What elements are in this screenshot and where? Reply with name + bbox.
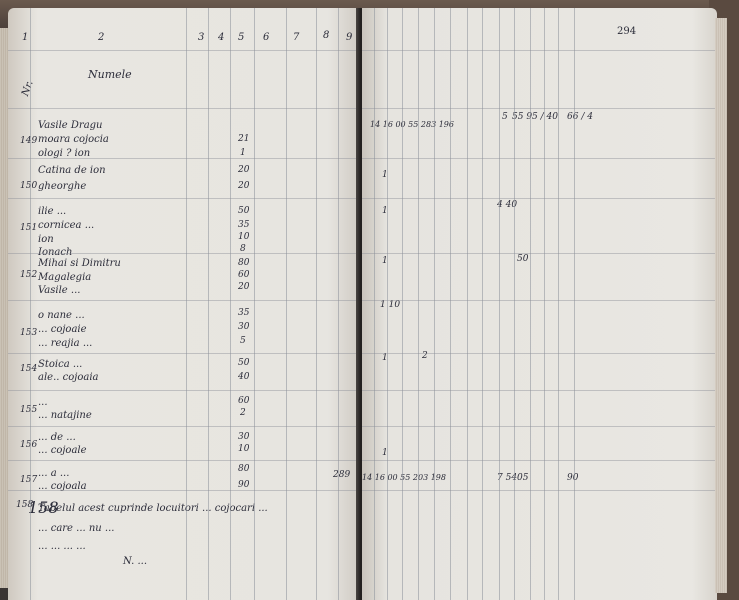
entry-line: ale.. cojoaia [38,372,98,383]
ruling-vertical [186,8,187,600]
row-number: 157 [20,475,37,485]
ruling-horizontal [362,198,717,199]
entry-value: 50 [238,206,249,216]
entry-value: 35 [238,220,249,230]
entry-value: 10 [238,232,249,242]
row-number: 151 [20,223,37,233]
ruling-vertical [286,8,287,600]
entry-value: 30 [238,322,249,332]
ruling-horizontal [8,490,360,491]
ruling-vertical [316,8,317,600]
entry-value: 40 [238,372,249,382]
row-number: 153 [20,328,37,338]
entry-line: Vasile Dragu [38,120,103,131]
entry-value: 60 [238,396,249,406]
ruling-vertical [434,8,435,600]
footer-note-line: ... care ... nu ... [38,523,114,534]
entry-line: o nane ... [38,310,85,321]
entry-line: ilie ... [38,206,66,217]
page-number: 294 [617,26,636,37]
ruling-horizontal [8,253,360,254]
ruling-vertical [482,8,483,600]
row-number: 154 [20,364,37,374]
entry-value: 50 [238,358,249,368]
footer-note-line: ... ... ... ... [38,541,86,552]
entry-line: Magalegia [38,272,91,283]
ruling-horizontal [362,353,717,354]
entry-line: ... natajine [38,410,92,421]
header-nr: Nr. [20,79,36,97]
entry-value: 20 [238,282,249,292]
entry-line: ... reajia ... [38,338,92,349]
col-number: 7 [293,32,299,43]
ruling-horizontal [8,390,360,391]
entry-line: Catina de ion [38,165,106,176]
entry-line: Mihai si Dimitru [38,258,121,269]
entry-value: 60 [238,270,249,280]
entry-value: 20 [238,165,249,175]
col-number: 2 [98,32,104,43]
entry-value: 21 [238,134,249,144]
entry-line: ... cojoale [38,445,87,456]
page-total: 289 [333,470,350,480]
ruling-horizontal [362,300,717,301]
entry-line: gheorghe [38,181,86,192]
ruling-horizontal [362,490,717,491]
totals-col24: 90 [567,473,578,483]
entry-value: 2 [240,408,246,418]
entry-line: ... cojoaie [38,324,87,335]
entry-value: 90 [238,480,249,490]
ruling-vertical [558,8,559,600]
ruling-vertical [374,8,375,600]
ruling-horizontal [8,300,360,301]
entry-line: cornicea ... [38,220,94,231]
ruling-vertical [402,8,403,600]
entry-line: ... [38,397,48,408]
entry-value: 80 [238,258,249,268]
ledger-book: 1 2 3 4 5 6 7 8 9 Nr. Numele 149 150 151… [0,8,739,600]
entry-value: 20 [238,181,249,191]
ruling-vertical [499,8,500,600]
col-number: 3 [198,32,204,43]
ruling-vertical [514,8,515,600]
ruling-vertical [418,8,419,600]
row-value: 50 [517,254,528,264]
col-number: 8 [323,30,329,41]
ruling-vertical [338,8,339,600]
entry-value: 5 [240,336,246,346]
first-row-col24: 66 / 4 [567,112,593,122]
ruling-horizontal [8,50,360,51]
first-row-values: 14 16 00 55 283 196 [370,120,454,129]
row-number: 156 [20,440,37,450]
entry-line: moara cojocia [38,134,109,145]
ruling-horizontal [8,158,360,159]
ruling-vertical [450,8,451,600]
row-number: 149 [20,136,37,146]
ruling-horizontal [362,50,717,51]
entry-value: 1 [240,148,246,158]
signature: N. ... [123,556,147,567]
first-row-col20: 5 [502,112,508,122]
col-number: 1 [22,32,28,43]
ruling-horizontal [8,198,360,199]
left-page: 1 2 3 4 5 6 7 8 9 Nr. Numele 149 150 151… [8,8,360,600]
right-page: 294 14 16 00 55 283 196 5 55 95 / 40 66 … [362,8,717,600]
ruling-horizontal [362,158,717,159]
totals-col20: 7 5405 [497,473,529,483]
ruling-horizontal [362,108,717,109]
col-number: 6 [263,32,269,43]
ruling-vertical [230,8,231,600]
ruling-horizontal [8,353,360,354]
ruling-horizontal [8,426,360,427]
footer-note-line: Tabelul acest cuprinde locuitori ... coj… [38,503,268,514]
ruling-horizontal [362,253,717,254]
ruling-vertical [530,8,531,600]
ruling-horizontal [362,426,717,427]
row-number: 150 [20,181,37,191]
entry-value: 80 [238,464,249,474]
ruling-vertical [544,8,545,600]
row-mark: 1 10 [380,300,400,310]
ruling-horizontal [362,460,717,461]
entry-line: Stoica ... [38,359,82,370]
ruling-horizontal [8,108,360,109]
entry-value: 30 [238,432,249,442]
ruling-vertical [254,8,255,600]
ruling-vertical [30,8,31,600]
entry-line: Vasile ... [38,285,80,296]
ruling-vertical [574,8,575,600]
ruling-horizontal [362,390,717,391]
header-name: Numele [88,68,132,81]
page-edges-right [715,18,727,593]
entry-line: ion [38,234,54,245]
row-number: 152 [20,270,37,280]
col-number: 5 [238,32,244,43]
col-number: 9 [346,32,352,43]
ruling-vertical [387,8,388,600]
entry-line: ... a ... [38,468,69,479]
ruling-vertical [467,8,468,600]
entry-value: 10 [238,444,249,454]
col-number: 4 [218,32,224,43]
row-number: 155 [20,405,37,415]
entry-value: 35 [238,308,249,318]
ruling-horizontal [8,460,360,461]
ruling-vertical [208,8,209,600]
entry-line: ... de ... [38,432,76,443]
first-row-col21: 55 95 / 40 [512,112,558,122]
